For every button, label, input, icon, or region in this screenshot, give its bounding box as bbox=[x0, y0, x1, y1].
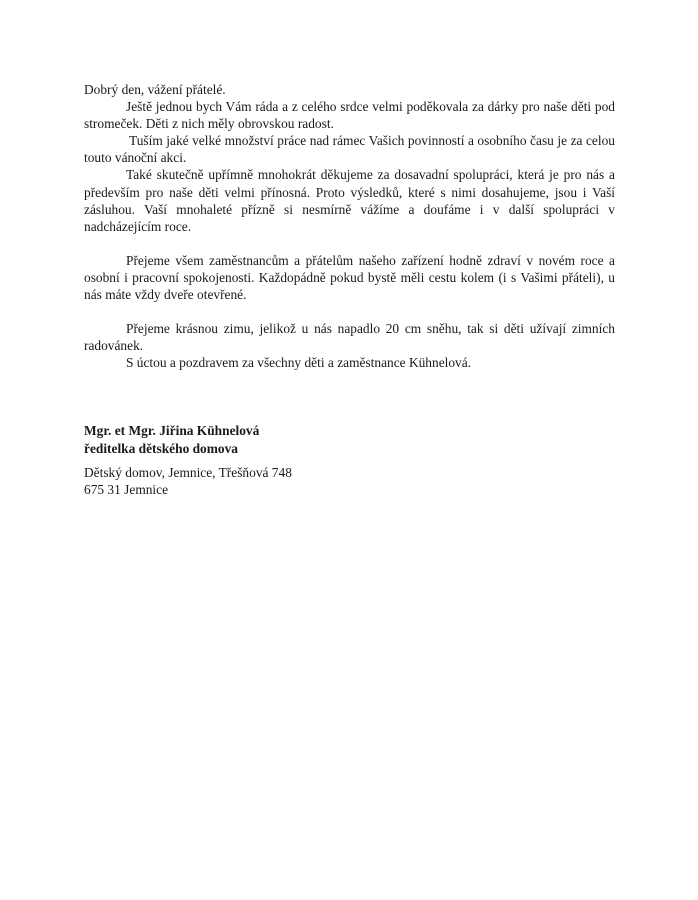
paragraph-effort: Tuším jaké velké množství práce nad ráme… bbox=[84, 132, 615, 166]
spacer bbox=[84, 235, 615, 252]
signature-block: Mgr. et Mgr. Jiřina Kühnelová ředitelka … bbox=[84, 422, 615, 456]
paragraph-winter: Přejeme krásnou zimu, jelikož u nás napa… bbox=[84, 320, 615, 354]
address-line-2: 675 31 Jemnice bbox=[84, 481, 615, 498]
signature-name: Mgr. et Mgr. Jiřina Kühnelová bbox=[84, 422, 615, 439]
spacer bbox=[84, 303, 615, 320]
address-line-1: Dětský domov, Jemnice, Třešňová 748 bbox=[84, 464, 615, 481]
paragraph-closing: S úctou a pozdravem za všechny děti a za… bbox=[84, 354, 615, 371]
spacer bbox=[84, 371, 615, 422]
paragraph-thanks: Ještě jednou bych Vám ráda a z celého sr… bbox=[84, 98, 615, 132]
signature-title: ředitelka dětského domova bbox=[84, 440, 615, 457]
letter-greeting: Dobrý den, vážení přátelé. bbox=[84, 81, 615, 98]
letter-page: Dobrý den, vážení přátelé. Ještě jednou … bbox=[84, 81, 615, 498]
paragraph-cooperation: Také skutečně upřímně mnohokrát děkujeme… bbox=[84, 166, 615, 234]
paragraph-wishes: Přejeme všem zaměstnancům a přátelům naš… bbox=[84, 252, 615, 303]
